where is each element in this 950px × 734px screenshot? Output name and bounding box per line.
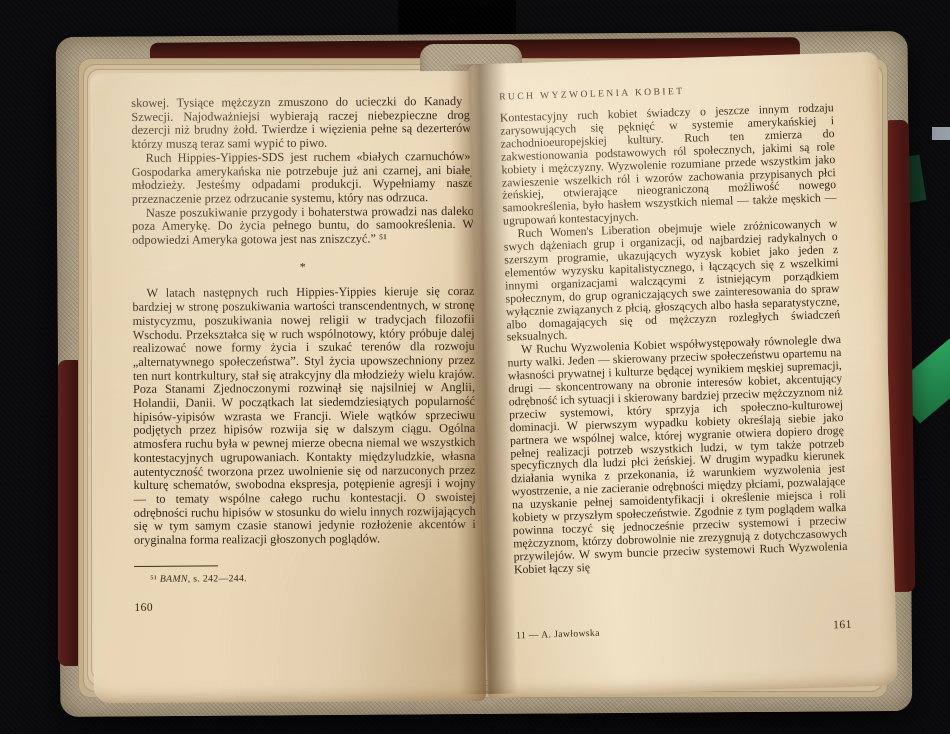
running-header: RUCH WYZWOLENIA KOBIET <box>499 86 685 103</box>
paragraph: Kontestacyjny ruch kobiet świadczy o jes… <box>500 101 837 228</box>
paragraph: Nasze poszukiwanie przygody i bohaterstw… <box>132 204 474 247</box>
section-separator-asterisk: * <box>132 260 474 276</box>
paragraph: Ruch Women's Liberation obejmuje wiele z… <box>503 217 840 344</box>
photo-background: skowej. Tysiące mężczyzn zmuszono do uci… <box>0 0 950 734</box>
footnote: ⁵¹ BAMN, s. 242—244. <box>134 564 476 587</box>
left-page: skowej. Tysiące mężczyzn zmuszono do uci… <box>90 71 486 703</box>
paragraph: W Ruchu Wyzwolenia Kobiet współwystępowa… <box>507 333 848 576</box>
footnote-rule <box>134 565 218 567</box>
open-book: skowej. Tysiące mężczyzn zmuszono do uci… <box>58 34 910 714</box>
footnote-text: ⁵¹ BAMN, s. 242—244. <box>134 571 476 587</box>
footnote-source: BAMN, <box>160 573 191 584</box>
left-page-text: skowej. Tysiące mężczyzn zmuszono do uci… <box>131 95 476 615</box>
right-page: RUCH WYZWOLENIA KOBIET Kontestacyjny ruc… <box>468 52 898 699</box>
page-number-left: 160 <box>134 599 476 615</box>
background-gray-bar <box>932 127 950 140</box>
footnote-marker: ⁵¹ <box>150 574 157 585</box>
paragraph: Ruch Hippies-Yippies-SDS jest ruchem «bi… <box>132 150 474 207</box>
right-page-text: Kontestacyjny ruch kobiet świadczy o jes… <box>500 101 848 576</box>
signature-note: 11 — A. Jawłowska <box>516 628 600 642</box>
paragraph: skowej. Tysiące mężczyzn zmuszono do uci… <box>131 95 473 152</box>
page-footer: 11 — A. Jawłowska 161 <box>516 619 852 642</box>
footnote-pages: s. 242—244. <box>193 573 247 584</box>
page-number-right: 161 <box>833 619 852 632</box>
paragraph: W latach następnych ruch Hippies-Yippies… <box>132 285 476 547</box>
